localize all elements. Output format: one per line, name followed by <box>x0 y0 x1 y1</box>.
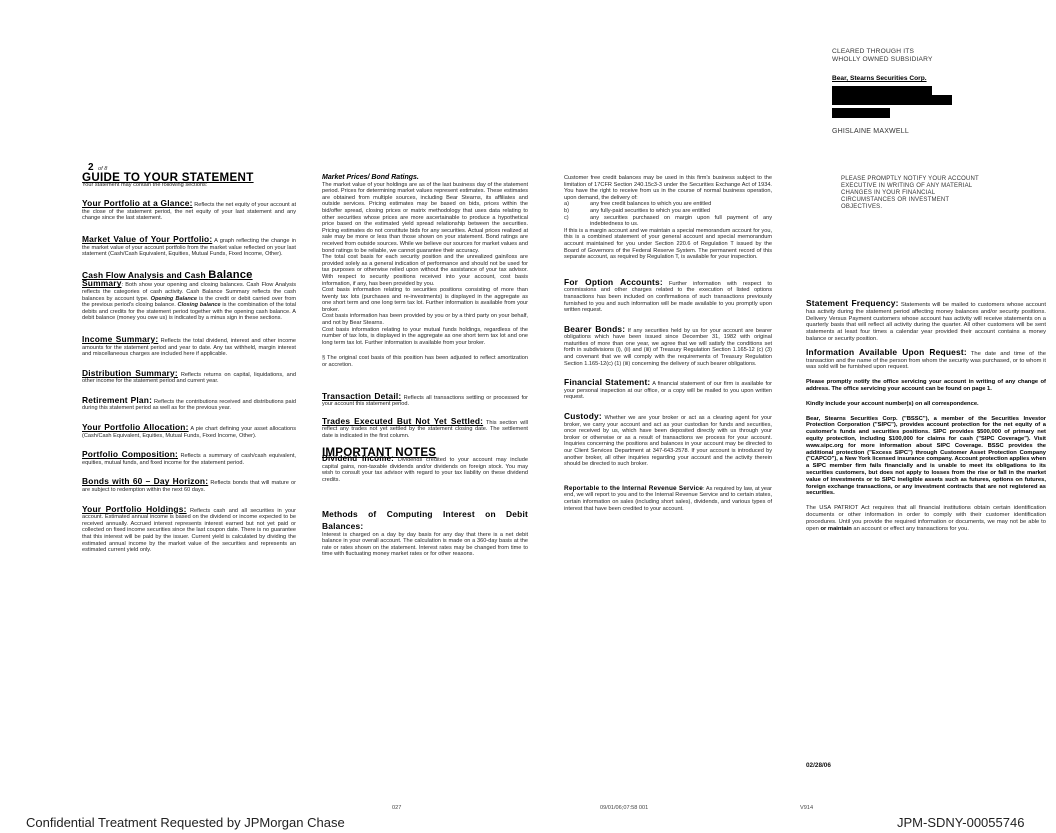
section-portfolio-glance: Your Portfolio at a Glance: Reflects the… <box>82 200 296 222</box>
term-closing-balance: Closing balance <box>178 302 221 308</box>
section-portfolio-holdings: Your Portfolio Holdings: Reflects cash a… <box>82 506 296 554</box>
section-info-upon-request: Information Available Upon Request: The … <box>806 349 1046 371</box>
cost-basis-para: Cost basis information relating to secur… <box>322 287 528 313</box>
section-body: Whether we are your broker or act as a c… <box>564 415 772 467</box>
patriot-bold: or maintain <box>821 526 852 532</box>
notify-notice: PLEASE PROMPTLY NOTIFY YOUR ACCOUNT EXEC… <box>841 176 991 211</box>
patriot-act-notice: The USA PATRIOT Act requires that all fi… <box>806 505 1046 532</box>
list-key: c) <box>564 215 590 228</box>
section-heading: Retirement Plan: <box>82 395 152 405</box>
section-distribution-summary: Distribution Summary: Reflects returns o… <box>82 370 296 385</box>
confidential-notice: Confidential Treatment Requested by JPMo… <box>26 815 345 830</box>
cost-basis-para: Cost basis information has been provided… <box>322 313 528 326</box>
section-statement-frequency: Statement Frequency: Statements will be … <box>806 300 1046 343</box>
sipc-notice: Bear, Stearns Securities Corp. ("BSSC"),… <box>806 416 1046 498</box>
section-heading: Market Value of Your Portfolio: <box>82 234 212 244</box>
section-body: Reflects cash and all securities in your… <box>82 508 296 554</box>
statement-date: 02/28/06 <box>806 762 831 769</box>
section-income-summary: Income Summary: Reflects the total divid… <box>82 336 296 358</box>
section-heading: Transaction Detail: <box>322 391 401 401</box>
interest-heading: Methods of Computing Interest on Debit B… <box>322 508 528 532</box>
section-heading: Your Portfolio Allocation: <box>82 422 189 432</box>
section-heading: Custody: <box>564 411 602 421</box>
section-bonds-horizon: Bonds with 60 – Day Horizon: Reflects bo… <box>82 478 296 493</box>
list-key: b) <box>564 208 590 215</box>
section-bearer-bonds: Bearer Bonds: If any securities held by … <box>564 326 772 368</box>
guide-intro: Your statement may contain the following… <box>82 182 296 189</box>
section-market-value: Market Value of Your Portfolio: A graph … <box>82 236 296 258</box>
market-prices-heading: Market Prices/ Bond Ratings. <box>322 175 528 182</box>
section-heading-big: Balance <box>208 269 252 281</box>
cleared-line-1: CLEARED THROUGH ITS <box>832 48 933 56</box>
section-dividend-income: Dividend Income: Dividends credited to y… <box>322 456 528 483</box>
list-key: a) <box>564 201 590 208</box>
guide-column: GUIDE TO YOUR STATEMENT Your statement m… <box>82 175 296 554</box>
redaction-bar <box>832 95 952 105</box>
section-heading: For Option Accounts: <box>564 277 663 287</box>
cost-basis-para: The total cost basis for each security p… <box>322 254 528 287</box>
interest-body: Interest is charged on a day by day basi… <box>322 532 528 558</box>
free-credit-intro: Customer free credit balances may be use… <box>564 175 772 201</box>
section-transaction-detail: Transaction Detail: Reflects all transac… <box>322 393 528 408</box>
list-text: any free credit balances to which you ar… <box>590 201 772 208</box>
section-heading: Your Portfolio at a Glance: <box>82 198 193 208</box>
market-prices-body: The market value of your holdings are as… <box>322 182 528 255</box>
section-custody: Custody: Whether we are your broker or a… <box>564 413 772 468</box>
patriot-text: an account or effect any transactions fo… <box>852 526 969 532</box>
firm-name: Bear, Stearns Securities Corp. <box>832 75 927 82</box>
market-prices-column: Market Prices/ Bond Ratings. The market … <box>322 175 528 558</box>
account-number-notice: Kindly include your account number(s) on… <box>806 401 1046 408</box>
section-heading: Trades Executed But Not Yet Settled: <box>322 416 483 426</box>
section-heading: Financial Statement: <box>564 377 650 387</box>
section-heading: Income Summary: <box>82 334 158 344</box>
address-change-notice: Please promptly notify the office servic… <box>806 379 1046 393</box>
section-portfolio-allocation: Your Portfolio Allocation: A pie chart d… <box>82 424 296 439</box>
section-heading: Summary <box>82 278 122 288</box>
clearing-notice: CLEARED THROUGH ITS WHOLLY OWNED SUBSIDI… <box>832 48 933 64</box>
regulatory-column: Customer free credit balances may be use… <box>564 175 772 512</box>
section-heading: Your Portfolio Holdings: <box>82 504 187 514</box>
list-item: a)any free credit balances to which you … <box>564 201 772 208</box>
section-heading: Distribution Summary: <box>82 368 178 378</box>
section-heading: Reportable to the Internal Revenue Servi… <box>564 485 703 492</box>
list-item: c)any securities purchased on margin upo… <box>564 215 772 228</box>
amortization-note: § The original cost basis of this positi… <box>322 355 528 368</box>
section-body: If any securities held by us for your ac… <box>564 328 772 367</box>
cleared-line-2: WHOLLY OWNED SUBSIDIARY <box>832 56 933 64</box>
section-heading: Dividend Income: <box>322 454 394 463</box>
section-option-accounts: For Option Accounts: Further information… <box>564 279 772 314</box>
list-item: b)any fully-paid securities to which you… <box>564 208 772 215</box>
account-holder-name: GHISLAINE MAXWELL <box>832 128 909 136</box>
margin-account-para: If this is a margin account and we maint… <box>564 228 772 261</box>
section-trades-unsettled: Trades Executed But Not Yet Settled: Thi… <box>322 418 528 440</box>
footer-code-2: V914 <box>800 805 813 811</box>
section-financial-statement: Financial Statement: A financial stateme… <box>564 379 772 401</box>
footer-timestamp: 09/01/06;07:58 001 <box>600 805 648 811</box>
redaction-bar <box>832 108 890 118</box>
notices-column: Statement Frequency: Statements will be … <box>806 300 1046 532</box>
guide-title: GUIDE TO YOUR STATEMENT <box>82 175 296 182</box>
section-heading: Portfolio Composition: <box>82 449 178 459</box>
section-heading: Statement Frequency: <box>806 298 899 308</box>
term-opening-balance: Opening Balance <box>151 296 197 302</box>
section-body: Statements will be mailed to customers w… <box>806 302 1046 342</box>
section-heading: Information Available Upon Request: <box>806 347 967 357</box>
section-heading: Bonds with 60 – Day Horizon: <box>82 476 208 486</box>
cost-basis-para: Cost basis information relating to your … <box>322 327 528 347</box>
footer-code-1: 027 <box>392 805 401 811</box>
section-retirement-plan: Retirement Plan: Reflects the contributi… <box>82 397 296 412</box>
section-cash-flow: Cash Flow Analysis and Cash Balance Summ… <box>82 272 296 322</box>
bates-number: JPM-SDNY-00055746 <box>897 815 1024 830</box>
list-text: any securities purchased on margin upon … <box>590 215 772 228</box>
section-heading: Bearer Bonds: <box>564 324 625 334</box>
section-irs-reportable: Reportable to the Internal Revenue Servi… <box>564 486 772 512</box>
section-portfolio-composition: Portfolio Composition: Reflects a summar… <box>82 451 296 466</box>
list-text: any fully-paid securities to which you a… <box>590 208 772 215</box>
